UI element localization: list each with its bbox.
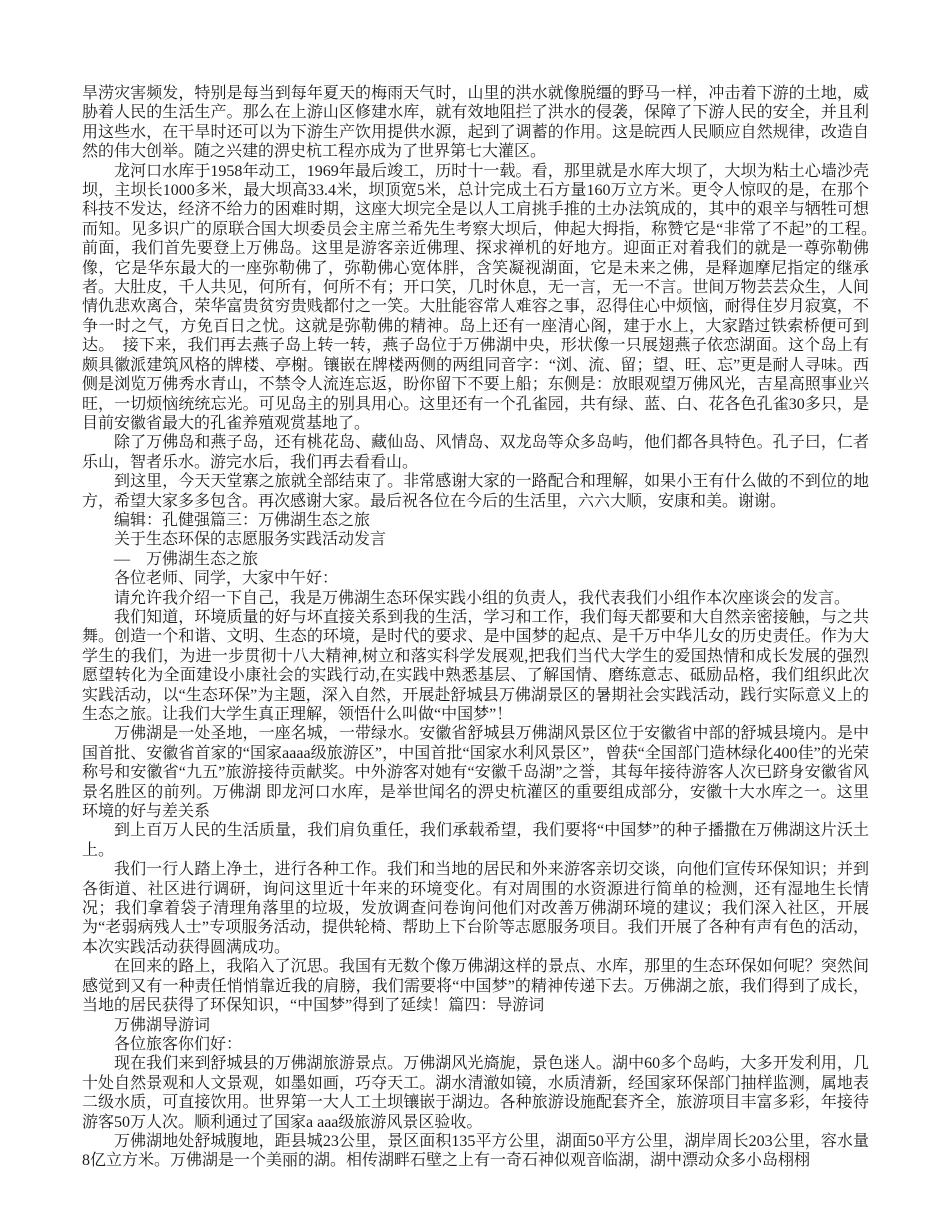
paragraph: 万佛湖导游词: [82, 1016, 869, 1035]
paragraph: 现在我们来到舒城县的万佛湖旅游景点。万佛湖风光旖旎，景色迷人。湖中60多个岛屿，…: [82, 1054, 869, 1132]
paragraph: 各位旅客你们好：: [82, 1035, 869, 1054]
paragraph: 到这里，今天天堂寨之旅就全部结束了。非常感谢大家的一路配合和理解，如果小王有什么…: [82, 472, 869, 511]
document-page: 旱涝灾害频发，特别是每当到每年夏天的梅雨天气时，山里的洪水就像脱缰的野马一样，冲…: [0, 0, 950, 1230]
paragraph: 到上百万人民的生活质量，我们肩负重任，我们承载希望，我们要将“中国梦”的种子播撒…: [82, 821, 869, 860]
paragraph: 各位老师、同学，大家中午好：: [82, 569, 869, 588]
document-body: 旱涝灾害频发，特别是每当到每年夏天的梅雨天气时，山里的洪水就像脱缰的野马一样，冲…: [82, 84, 869, 1171]
paragraph: 请允许我介绍一下自己，我是万佛湖生态环保实践小组的负责人，我代表我们小组作本次座…: [82, 589, 869, 608]
paragraph: 除了万佛岛和燕子岛，还有桃花岛、藏仙岛、风情岛、双龙岛等众多岛屿，他们都各具特色…: [82, 433, 869, 472]
paragraph: 在回来的路上，我陷入了沉思。我国有无数个像万佛湖这样的景点、水库，那里的生态环保…: [82, 957, 869, 1015]
paragraph: 万佛湖是一处圣地，一座名城，一带绿水。安徽省舒城县万佛湖风景区位于安徽省中部的舒…: [82, 724, 869, 821]
paragraph: 我们知道，环境质量的好与坏直接关系到我的生活，学习和工作，我们每天都要和大自然亲…: [82, 608, 869, 724]
paragraph: 万佛湖地处舒城腹地，距县城23公里，景区面积135平方公里，湖面50平方公里，湖…: [82, 1132, 869, 1171]
paragraph: — 万佛湖生态之旅: [82, 550, 869, 569]
paragraph: 龙河口水库于1958年动工，1969年最后竣工，历时十一载。看，那里就是水库大坝…: [82, 162, 869, 434]
paragraph: 关于生态环保的志愿服务实践活动发言: [82, 530, 869, 549]
paragraph: 编辑：孔健强篇三：万佛湖生态之旅: [82, 511, 869, 530]
paragraph: 我们一行人踏上净土，进行各种工作。我们和当地的居民和外来游客亲切交谈，向他们宣传…: [82, 860, 869, 957]
paragraph: 旱涝灾害频发，特别是每当到每年夏天的梅雨天气时，山里的洪水就像脱缰的野马一样，冲…: [82, 84, 869, 162]
